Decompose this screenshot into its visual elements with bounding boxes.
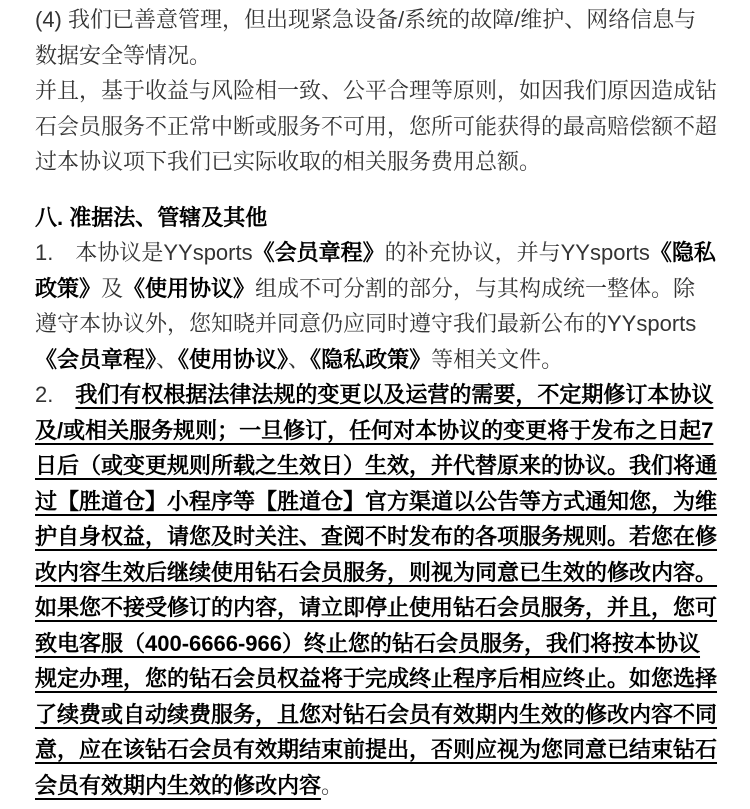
text-segment: 2. <box>35 382 75 407</box>
text-segment: 。 <box>321 773 343 798</box>
text-segment-bold: 《会员章程》 <box>35 347 156 372</box>
text-segment-bold: 《会员章程》 <box>253 240 385 265</box>
clause-8-1-paragraph: 1. 本协议是YYsports《会员章程》的补充协议，并与YYsports《隐私… <box>35 235 717 377</box>
text-segment: 的补充协议，并与YYsports <box>385 240 650 265</box>
section-8-heading: 八. 准据法、管辖及其他 <box>35 200 717 236</box>
text-segment: 及 <box>101 276 123 301</box>
text-segment: (4) 我们已善意管理，但出现紧急设备/系统的故障/维护、网络信息与数据安全等情… <box>35 7 696 68</box>
text-segment: 、 <box>288 347 310 372</box>
text-segment: 1. 本协议是YYsports <box>35 240 253 265</box>
agreement-page: (4) 我们已善意管理，但出现紧急设备/系统的故障/维护、网络信息与数据安全等情… <box>0 0 750 809</box>
text-segment: 并且，基于收益与风险相一致、公平合理等原则，如因我们原因造成钻石会员服务不正常中… <box>35 78 717 174</box>
text-segment: 等相关文件。 <box>431 347 563 372</box>
text-segment-bold: 《使用协议》 <box>178 347 288 372</box>
text-segment-bold: 八. 准据法、管辖及其他 <box>35 205 267 230</box>
document-body: (4) 我们已善意管理，但出现紧急设备/系统的故障/维护、网络信息与数据安全等情… <box>35 2 717 803</box>
text-segment: 、 <box>156 347 178 372</box>
text-segment-bold: 《使用协议》 <box>123 276 255 301</box>
text-segment-bold: 《隐私政策》 <box>310 347 431 372</box>
liability-limit-paragraph: 并且，基于收益与风险相一致、公平合理等原则，如因我们原因造成钻石会员服务不正常中… <box>35 73 717 180</box>
clause-4-paragraph: (4) 我们已善意管理，但出现紧急设备/系统的故障/维护、网络信息与数据安全等情… <box>35 2 717 73</box>
clause-8-2-paragraph: 2. 我们有权根据法律法规的变更以及运营的需要，不定期修订本协议及/或相关服务规… <box>35 377 717 803</box>
text-segment-bold-underlined: 我们有权根据法律法规的变更以及运营的需要，不定期修订本协议及/或相关服务规则；一… <box>35 382 717 798</box>
